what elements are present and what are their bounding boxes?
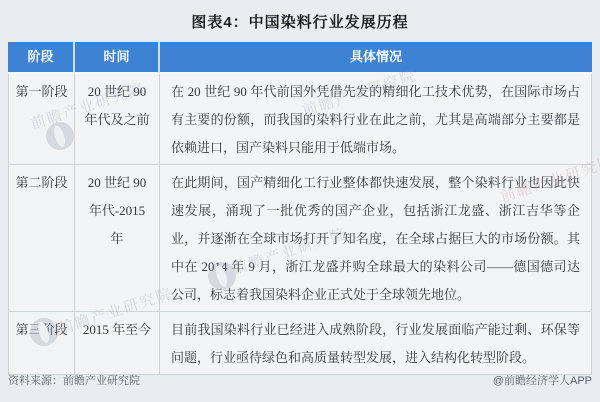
column-header-time: 时间 [75, 42, 160, 74]
table-row-3-time: 2015 年至今 [75, 312, 160, 375]
table-row-1-stage: 第一阶段 [8, 74, 75, 165]
table-row-2-time: 20 世纪 90 年代-2015 年 [75, 165, 160, 312]
table-row-3-detail: 目前我国染料行业已经进入成熟阶段，行业发展面临产能过剩、环保等问题，行业亟待绿色… [160, 312, 592, 375]
column-header-detail: 具体情况 [160, 42, 592, 74]
table-row-2-detail: 在此期间，国产精细化工行业整体都快速发展，整个染料行业也因此快速发展，涌现了一批… [160, 165, 592, 312]
development-history-table: 阶段 时间 具体情况 第一阶段 20 世纪 90 年代及之前 在 20 世纪 9… [8, 42, 592, 375]
table-row-1-detail: 在 20 世纪 90 年代前国外凭借先发的精细化工技术优势，在国际市场占有主要的… [160, 74, 592, 165]
page-title: 图表4：中国染料行业发展历程 [0, 0, 600, 32]
table-row-3-stage: 第三阶段 [8, 312, 75, 375]
table-row-1-time: 20 世纪 90 年代及之前 [75, 74, 160, 165]
table-row-2-stage: 第二阶段 [8, 165, 75, 312]
column-header-stage: 阶段 [8, 42, 75, 74]
